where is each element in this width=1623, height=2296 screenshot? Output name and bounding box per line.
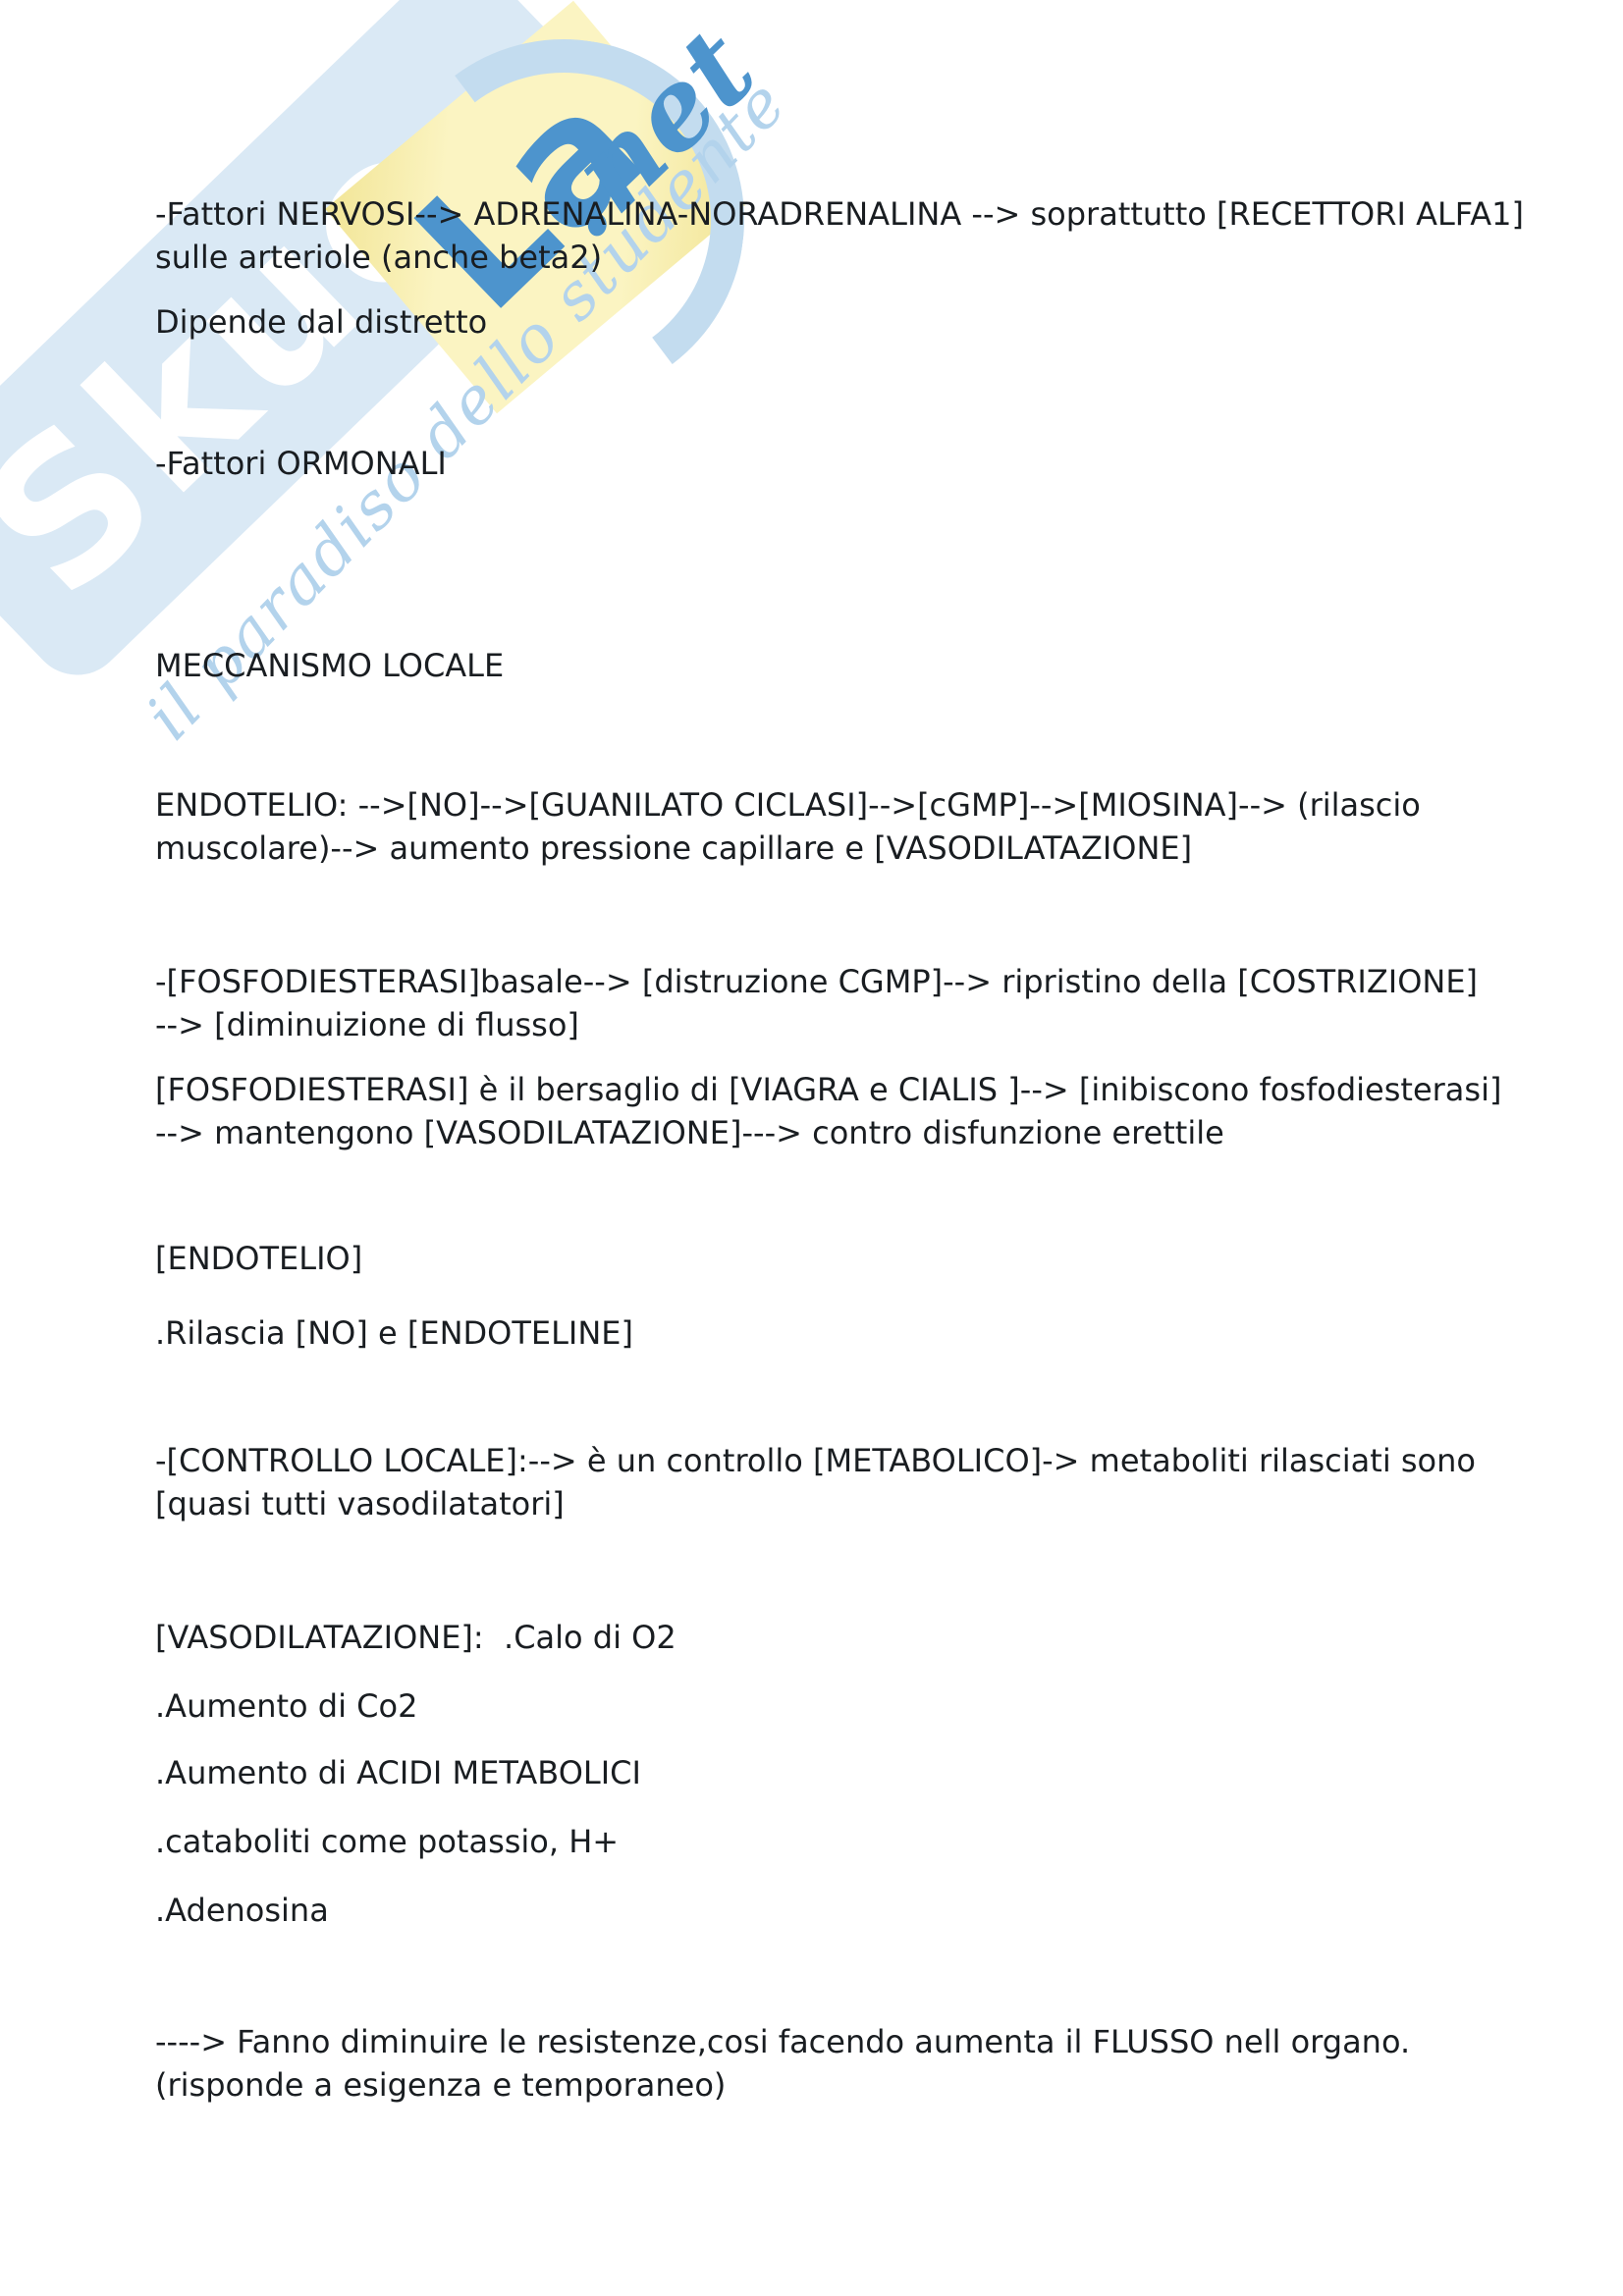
paragraph-vasodilatazione-calo-o2: [VASODILATAZIONE]: .Calo di O2 — [155, 1616, 676, 1659]
paragraph-dipende-dal-distretto: Dipende dal distretto — [155, 300, 487, 344]
document-page: Skuo La .net il paradiso dello studente … — [0, 0, 1623, 2296]
paragraph-fattori-ormonali: -Fattori ORMONALI — [155, 442, 447, 485]
paragraph-fattori-nervosi: -Fattori NERVOSI--> ADRENALINA-NORADRENA… — [155, 192, 1524, 279]
paragraph-rilascia-no: .Rilascia [NO] e [ENDOTELINE] — [155, 1311, 633, 1355]
paragraph-fosfodiesterasi-basale: -[FOSFODIESTERASI]basale--> [distruzione… — [155, 960, 1478, 1046]
document-body: -Fattori NERVOSI--> ADRENALINA-NORADRENA… — [0, 0, 1623, 2296]
paragraph-controllo-locale: -[CONTROLLO LOCALE]:--> è un controllo [… — [155, 1439, 1476, 1525]
heading-meccanismo-locale: MECCANISMO LOCALE — [155, 644, 504, 687]
list-item-aumento-co2: .Aumento di Co2 — [155, 1684, 417, 1728]
paragraph-endotelio-titolo: [ENDOTELIO] — [155, 1237, 362, 1280]
list-item-acidi-metabolici: .Aumento di ACIDI METABOLICI — [155, 1751, 641, 1794]
list-item-cataboliti: .cataboliti come potassio, H+ — [155, 1820, 619, 1863]
paragraph-conclusione-flusso: ----> Fanno diminuire le resistenze,cosi… — [155, 2020, 1410, 2107]
paragraph-endotelio-cascata: ENDOTELIO: -->[NO]-->[GUANILATO CICLASI]… — [155, 783, 1421, 870]
list-item-adenosina: .Adenosina — [155, 1889, 329, 1932]
paragraph-fosfodiesterasi-viagra: [FOSFODIESTERASI] è il bersaglio di [VIA… — [155, 1068, 1501, 1154]
